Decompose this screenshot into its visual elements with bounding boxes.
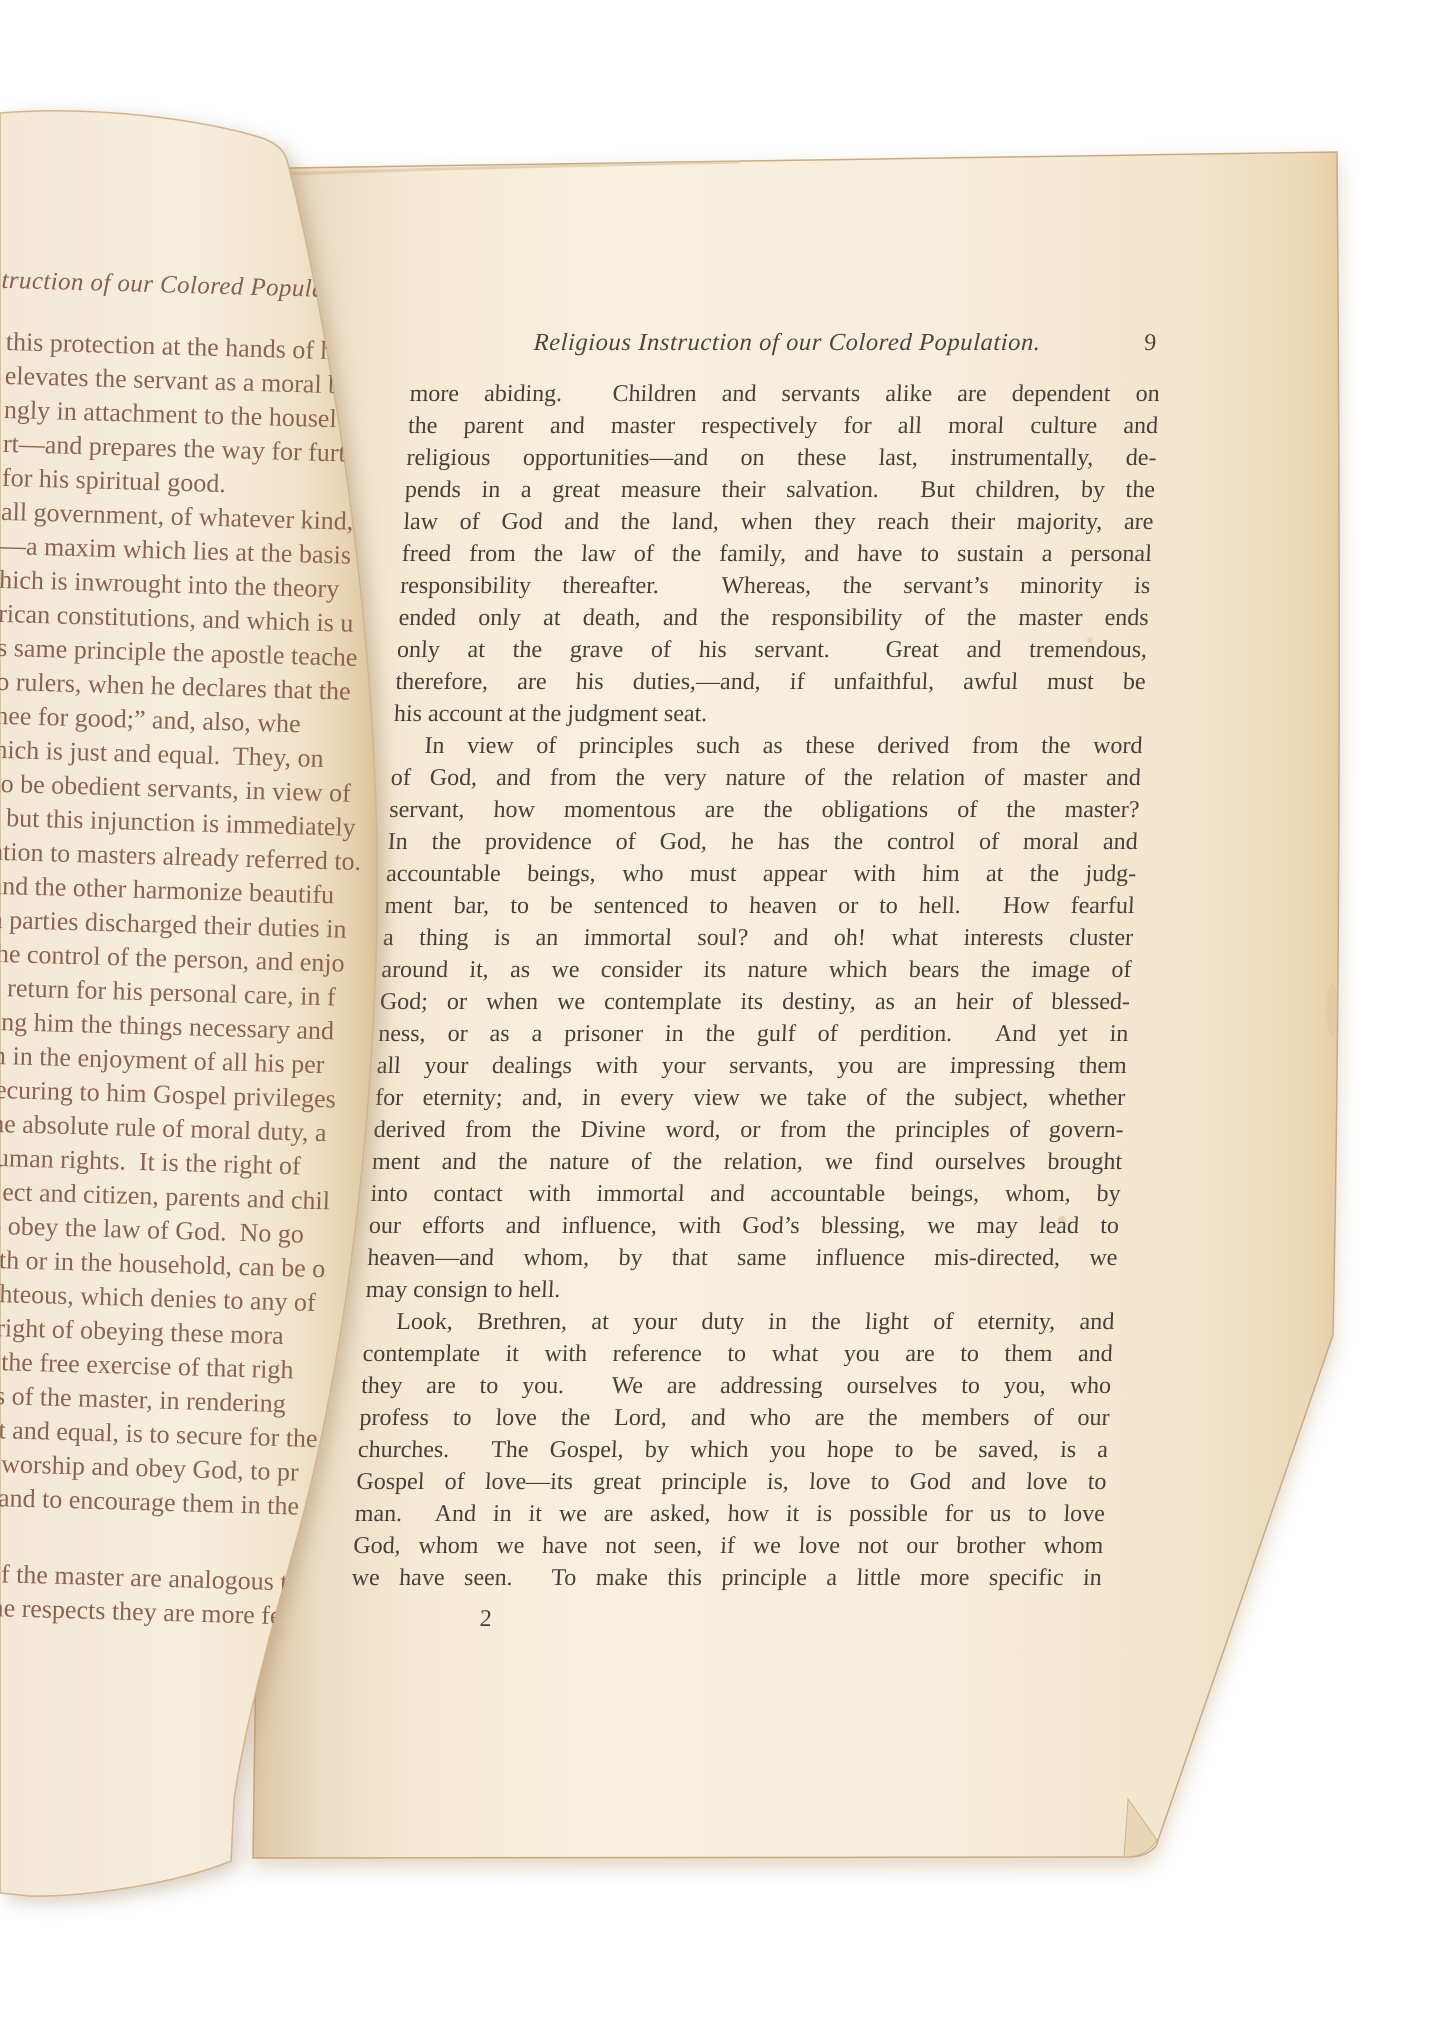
- book-photo: Religious Instruction of our Colored Pop…: [0, 0, 1445, 2023]
